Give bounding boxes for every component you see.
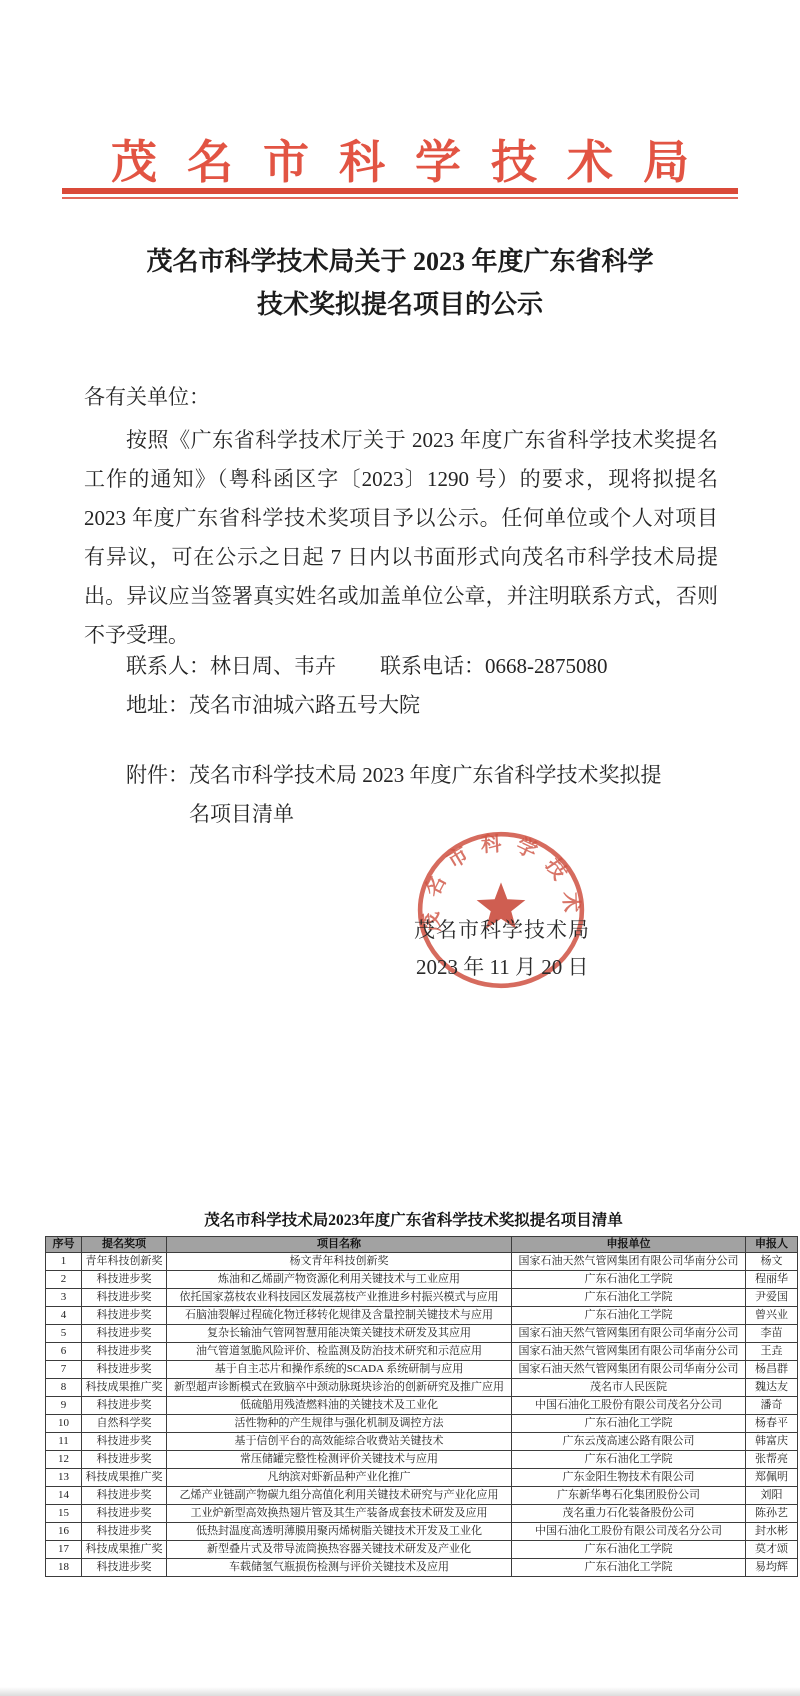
table-cell: 广东新华粤石化集团股份公司 [512,1487,746,1505]
table-cell: 7 [46,1361,82,1379]
table-cell: 11 [46,1433,82,1451]
table-cell: 依托国家荔枝农业科技园区发展荔枝产业推进乡村振兴模式与应用 [167,1289,512,1307]
table-cell: 刘阳 [746,1487,798,1505]
table-row: 11科技进步奖基于信创平台的高效能综合收费站关键技术广东云茂高速公路有限公司韩富… [46,1433,798,1451]
column-header: 项目名称 [167,1237,512,1253]
table-row: 2科技进步奖炼油和乙烯副产物资源化利用关键技术与工业应用广东石油化工学院程丽华 [46,1271,798,1289]
table-cell: 程丽华 [746,1271,798,1289]
column-header: 提名奖项 [82,1237,167,1253]
table-cell: 国家石油天然气管网集团有限公司华南分公司 [512,1361,746,1379]
table-cell: 广东石油化工学院 [512,1307,746,1325]
table-cell: 魏达友 [746,1379,798,1397]
table-row: 12科技进步奖常压储罐完整性检测评价关键技术与应用广东石油化工学院张帮亮 [46,1451,798,1469]
table-cell: 广东石油化工学院 [512,1271,746,1289]
table-cell: 广东石油化工学院 [512,1541,746,1559]
contact-phone: 联系电话：0668-2875080 [380,654,608,678]
table-cell: 车载储氢气瓶损伤检测与评价关键技术及应用 [167,1559,512,1577]
table-cell: 韩富庆 [746,1433,798,1451]
salutation: 各有关单位： [84,381,210,411]
table-cell: 4 [46,1307,82,1325]
table-row: 6科技进步奖油气管道氢脆风险评价、检监测及防治技术研究和示范应用国家石油天然气管… [46,1343,798,1361]
document-title: 茂名市科学技术局关于 2023 年度广东省科学 技术奖拟提名项目的公示 [0,240,800,326]
table-cell: 科技进步奖 [82,1307,167,1325]
table-row: 4科技进步奖石脑油裂解过程硫化物迁移转化规律及含量控制关键技术与应用广东石油化工… [46,1307,798,1325]
table-cell: 茂名市人民医院 [512,1379,746,1397]
table-row: 8科技成果推广奖新型超声诊断模式在致脑卒中颈动脉斑块诊治的创新研究及推广应用茂名… [46,1379,798,1397]
table-cell: 12 [46,1451,82,1469]
table-row: 13科技成果推广奖凡纳滨对虾新品种产业化推广广东金阳生物技术有限公司郑佩明 [46,1469,798,1487]
table-cell: 陈孙艺 [746,1505,798,1523]
table-row: 3科技进步奖依托国家荔枝农业科技园区发展荔枝产业推进乡村振兴模式与应用广东石油化… [46,1289,798,1307]
letterhead-rule-thin [62,197,738,199]
table-cell: 茂名重力石化装备股份公司 [512,1505,746,1523]
table-cell: 广东石油化工学院 [512,1289,746,1307]
column-header: 申报人 [746,1237,798,1253]
table-cell: 青年科技创新奖 [82,1253,167,1271]
table-cell: 科技进步奖 [82,1271,167,1289]
table-cell: 17 [46,1541,82,1559]
table-cell: 2 [46,1271,82,1289]
table-cell: 自然科学奖 [82,1415,167,1433]
table-cell: 广东云茂高速公路有限公司 [512,1433,746,1451]
table-cell: 基于自主芯片和操作系统的SCADA 系统研制与应用 [167,1361,512,1379]
table-cell: 低热封温度高透明薄膜用聚丙烯树脂关键技术开发及工业化 [167,1523,512,1541]
table-cell: 乙烯产业链副产物碳九组分高值化利用关键技术研究与产业化应用 [167,1487,512,1505]
table-cell: 13 [46,1469,82,1487]
table-row: 9科技进步奖低硫船用残渣燃料油的关键技术及工业化中国石油化工股份有限公司茂名分公… [46,1397,798,1415]
table-cell: 常压储罐完整性检测评价关键技术与应用 [167,1451,512,1469]
table-body: 1青年科技创新奖杨文青年科技创新奖国家石油天然气管网集团有限公司华南分公司杨文2… [46,1253,798,1577]
table-row: 10自然科学奖活性物种的产生规律与强化机制及调控方法广东石油化工学院杨春平 [46,1415,798,1433]
table-cell: 科技进步奖 [82,1505,167,1523]
table-cell: 科技进步奖 [82,1361,167,1379]
table-cell: 炼油和乙烯副产物资源化利用关键技术与工业应用 [167,1271,512,1289]
page-edge-shadow [0,1687,800,1696]
agency-letterhead: 茂名市科学技术局 [0,126,800,192]
table-row: 18科技进步奖车载储氢气瓶损伤检测与评价关键技术及应用广东石油化工学院易均辉 [46,1559,798,1577]
table-cell: 封水彬 [746,1523,798,1541]
table-cell: 杨文 [746,1253,798,1271]
attachment-line1: 附件：茂名市科学技术局 2023 年度广东省科学技术奖拟提 [126,759,662,789]
table-cell: 工业炉新型高效换热翅片管及其生产装备成套技术研发及应用 [167,1505,512,1523]
column-header: 申报单位 [512,1237,746,1253]
table-cell: 科技成果推广奖 [82,1379,167,1397]
attachment-table-title: 茂名市科学技术局2023年度广东省科学技术奖拟提名项目清单 [45,1208,782,1230]
table-header-row: 序号提名奖项项目名称申报单位申报人 [46,1237,798,1253]
table-cell: 14 [46,1487,82,1505]
table-cell: 科技进步奖 [82,1523,167,1541]
table-cell: 易均辉 [746,1559,798,1577]
table-cell: 新型超声诊断模式在致脑卒中颈动脉斑块诊治的创新研究及推广应用 [167,1379,512,1397]
table-cell: 5 [46,1325,82,1343]
table-cell: 尹爱国 [746,1289,798,1307]
table-cell: 油气管道氢脆风险评价、检监测及防治技术研究和示范应用 [167,1343,512,1361]
table-cell: 李苗 [746,1325,798,1343]
table-cell: 国家石油天然气管网集团有限公司华南分公司 [512,1325,746,1343]
table-cell: 科技成果推广奖 [82,1541,167,1559]
table-cell: 18 [46,1559,82,1577]
table-cell: 科技进步奖 [82,1397,167,1415]
table-row: 17科技成果推广奖新型叠片式及带导流筒换热容器关键技术研发及产业化广东石油化工学… [46,1541,798,1559]
table-cell: 10 [46,1415,82,1433]
table-cell: 国家石油天然气管网集团有限公司华南分公司 [512,1343,746,1361]
table-row: 15科技进步奖工业炉新型高效换热翅片管及其生产装备成套技术研发及应用茂名重力石化… [46,1505,798,1523]
table-cell: 科技成果推广奖 [82,1469,167,1487]
table-row: 5科技进步奖复杂长输油气管网智慧用能决策关键技术研发及其应用国家石油天然气管网集… [46,1325,798,1343]
table-cell: 曾兴业 [746,1307,798,1325]
table-cell: 低硫船用残渣燃料油的关键技术及工业化 [167,1397,512,1415]
table-cell: 中国石油化工股份有限公司茂名分公司 [512,1397,746,1415]
document-page: 茂名市科学技术局 茂名市科学技术局关于 2023 年度广东省科学 技术奖拟提名项… [0,0,800,1696]
table-cell: 莫才颂 [746,1541,798,1559]
document-title-line2: 技术奖拟提名项目的公示 [0,283,800,326]
table-cell: 杨昌群 [746,1361,798,1379]
signature-date: 2023 年 11 月 20 日 [416,951,588,981]
table-cell: 科技进步奖 [82,1487,167,1505]
table-cell: 中国石油化工股份有限公司茂名分公司 [512,1523,746,1541]
table-cell: 1 [46,1253,82,1271]
nomination-table: 序号提名奖项项目名称申报单位申报人 1青年科技创新奖杨文青年科技创新奖国家石油天… [45,1236,798,1577]
table-cell: 王垚 [746,1343,798,1361]
table-cell: 国家石油天然气管网集团有限公司华南分公司 [512,1253,746,1271]
table-cell: 8 [46,1379,82,1397]
table-cell: 潘奇 [746,1397,798,1415]
table-cell: 16 [46,1523,82,1541]
table-row: 7科技进步奖基于自主芯片和操作系统的SCADA 系统研制与应用国家石油天然气管网… [46,1361,798,1379]
table-cell: 广东石油化工学院 [512,1559,746,1577]
table-cell: 郑佩明 [746,1469,798,1487]
attachment-line2: 名项目清单 [189,798,294,828]
contact-person: 联系人：林日周、韦卉 [126,654,336,678]
table-cell: 9 [46,1397,82,1415]
table-cell: 石脑油裂解过程硫化物迁移转化规律及含量控制关键技术与应用 [167,1307,512,1325]
table-cell: 科技进步奖 [82,1325,167,1343]
table-row: 14科技进步奖乙烯产业链副产物碳九组分高值化利用关键技术研究与产业化应用广东新华… [46,1487,798,1505]
table-row: 1青年科技创新奖杨文青年科技创新奖国家石油天然气管网集团有限公司华南分公司杨文 [46,1253,798,1271]
table-cell: 复杂长输油气管网智慧用能决策关键技术研发及其应用 [167,1325,512,1343]
table-cell: 杨文青年科技创新奖 [167,1253,512,1271]
table-cell: 科技进步奖 [82,1289,167,1307]
table-cell: 广东石油化工学院 [512,1415,746,1433]
table-cell: 3 [46,1289,82,1307]
table-cell: 广东石油化工学院 [512,1451,746,1469]
table-cell: 广东金阳生物技术有限公司 [512,1469,746,1487]
table-cell: 杨春平 [746,1415,798,1433]
table-cell: 张帮亮 [746,1451,798,1469]
signature-agency: 茂名市科学技术局 [414,914,592,944]
table-cell: 活性物种的产生规律与强化机制及调控方法 [167,1415,512,1433]
document-title-line1: 茂名市科学技术局关于 2023 年度广东省科学 [0,240,800,283]
letterhead-rule-thick [62,188,738,194]
contact-line: 联系人：林日周、韦卉联系电话：0668-2875080 [126,650,608,680]
table-cell: 基于信创平台的高效能综合收费站关键技术 [167,1433,512,1451]
table-cell: 科技进步奖 [82,1433,167,1451]
column-header: 序号 [46,1237,82,1253]
table-cell: 科技进步奖 [82,1343,167,1361]
table-row: 16科技进步奖低热封温度高透明薄膜用聚丙烯树脂关键技术开发及工业化中国石油化工股… [46,1523,798,1541]
table-cell: 15 [46,1505,82,1523]
table-cell: 6 [46,1343,82,1361]
table-cell: 凡纳滨对虾新品种产业化推广 [167,1469,512,1487]
table-cell: 科技进步奖 [82,1451,167,1469]
table-cell: 科技进步奖 [82,1559,167,1577]
table-cell: 新型叠片式及带导流筒换热容器关键技术研发及产业化 [167,1541,512,1559]
body-paragraph: 按照《广东省科学技术厅关于 2023 年度广东省科学技术奖提名工作的通知》（粤科… [84,421,718,655]
address-line: 地址：茂名市油城六路五号大院 [126,689,420,719]
